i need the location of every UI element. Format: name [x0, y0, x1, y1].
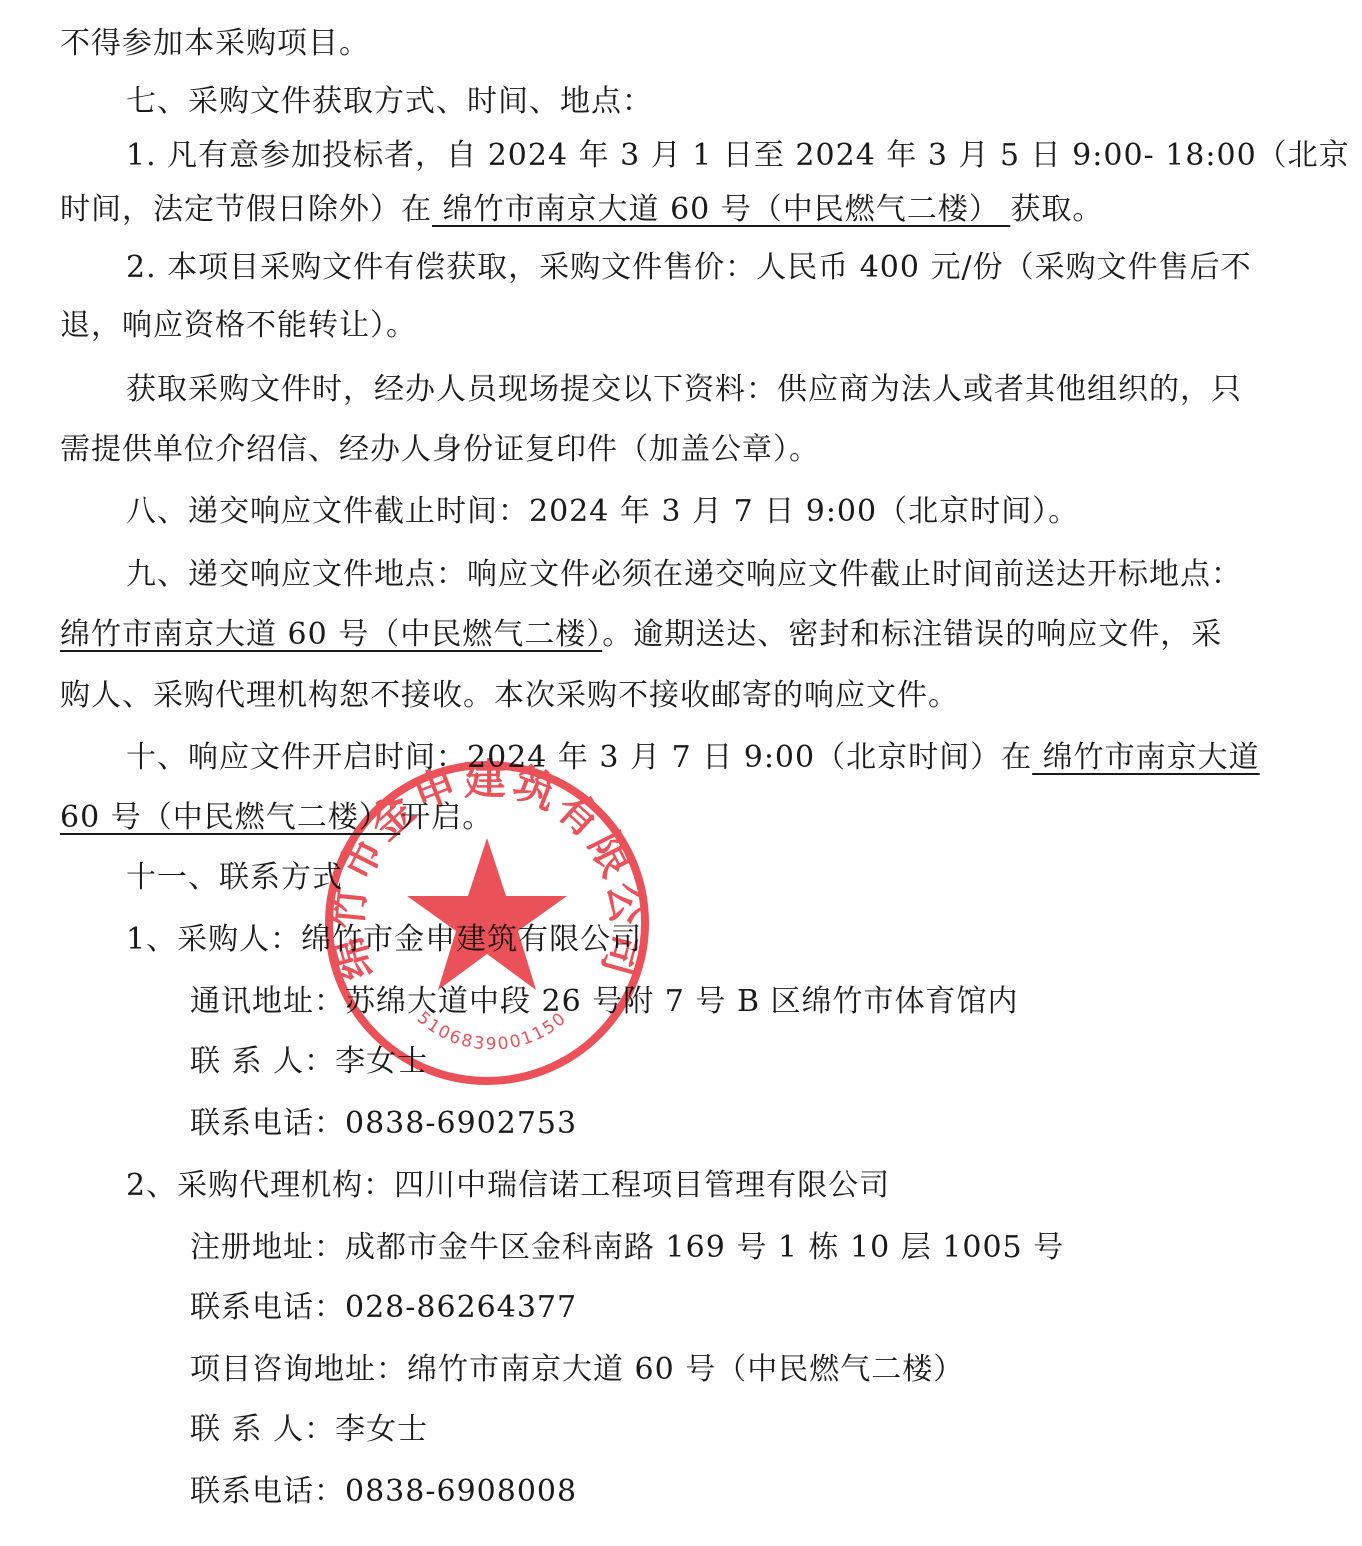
- purchaser-name: 1、采购人：绵竹市金申建筑有限公司: [126, 920, 642, 960]
- section-heading-9: 九、递交响应文件地点：响应文件必须在递交响应文件截止时间前送达开标地点：: [126, 555, 1242, 595]
- text-line: 退，响应资格不能转让）。: [60, 306, 417, 346]
- document-page: 不得参加本采购项目。 七、采购文件获取方式、时间、地点： 1. 凡有意参加投标者…: [0, 0, 1362, 1546]
- agency-name: 2、采购代理机构：四川中瑞信诺工程项目管理有限公司: [126, 1166, 890, 1206]
- text-span: 获取。: [1010, 192, 1103, 227]
- text-span: 。逾期送达、密封和标注错误的响应文件，采: [602, 617, 1222, 652]
- agency-contact-phone: 联系电话：0838-6908008: [190, 1472, 577, 1512]
- text-span: 时间，法定节假日除外）在: [60, 192, 432, 227]
- purchaser-contact: 联 系 人：李女士: [190, 1042, 428, 1082]
- text-line: 绵竹市南京大道 60 号（中民燃气二楼）。逾期送达、密封和标注错误的响应文件，采: [60, 615, 1222, 655]
- text-line: 需提供单位介绍信、经办人身份证复印件（加盖公章）。: [60, 430, 820, 470]
- text-span: 十、响应文件开启时间：2024 年 3 月 7 日 9:00（北京时间）在: [126, 740, 1032, 775]
- agency-phone: 联系电话：028-86264377: [190, 1288, 577, 1328]
- purchaser-phone: 联系电话：0838-6902753: [190, 1104, 577, 1144]
- section-heading-8: 八、递交响应文件截止时间：2024 年 3 月 7 日 9:00（北京时间）。: [126, 492, 1079, 532]
- agency-contact: 联 系 人：李女士: [190, 1410, 428, 1450]
- text-line: 不得参加本采购项目。: [60, 24, 370, 64]
- section-heading-11: 十一、联系方式: [126, 858, 343, 898]
- agency-address: 注册地址：成都市金牛区金科南路 169 号 1 栋 10 层 1005 号: [190, 1228, 1064, 1268]
- consult-address: 项目咨询地址：绵竹市南京大道 60 号（中民燃气二楼）: [190, 1350, 964, 1390]
- underlined-address: 绵竹市南京大道 60 号（中民燃气二楼）: [432, 192, 1010, 227]
- text-line: 购人、采购代理机构恕不接收。本次采购不接收邮寄的响应文件。: [60, 676, 959, 716]
- text-line: 获取采购文件时，经办人员现场提交以下资料：供应商为法人或者其他组织的，只: [126, 370, 1242, 410]
- text-line: 2. 本项目采购文件有偿获取，采购文件售价：人民币 400 元/份（采购文件售后…: [126, 248, 1252, 288]
- text-line: 60 号（中民燃气二楼） 开启。: [60, 798, 493, 838]
- section-heading-10: 十、响应文件开启时间：2024 年 3 月 7 日 9:00（北京时间）在 绵竹…: [126, 738, 1260, 778]
- section-heading-7: 七、采购文件获取方式、时间、地点：: [126, 82, 653, 122]
- text-line: 时间，法定节假日除外）在 绵竹市南京大道 60 号（中民燃气二楼） 获取。: [60, 190, 1103, 230]
- text-line: 1. 凡有意参加投标者，自 2024 年 3 月 1 日至 2024 年 3 月…: [126, 136, 1350, 176]
- star-icon: [407, 838, 567, 990]
- underlined-address: 60 号（中民燃气二楼）: [60, 800, 400, 835]
- purchaser-address: 通讯地址：苏绵大道中段 26 号附 7 号 B 区绵竹市体育馆内: [190, 982, 1019, 1022]
- underlined-address: 绵竹市南京大道: [1032, 740, 1260, 775]
- text-span: 开启。: [400, 800, 493, 835]
- underlined-address: 绵竹市南京大道 60 号（中民燃气二楼）: [60, 617, 602, 652]
